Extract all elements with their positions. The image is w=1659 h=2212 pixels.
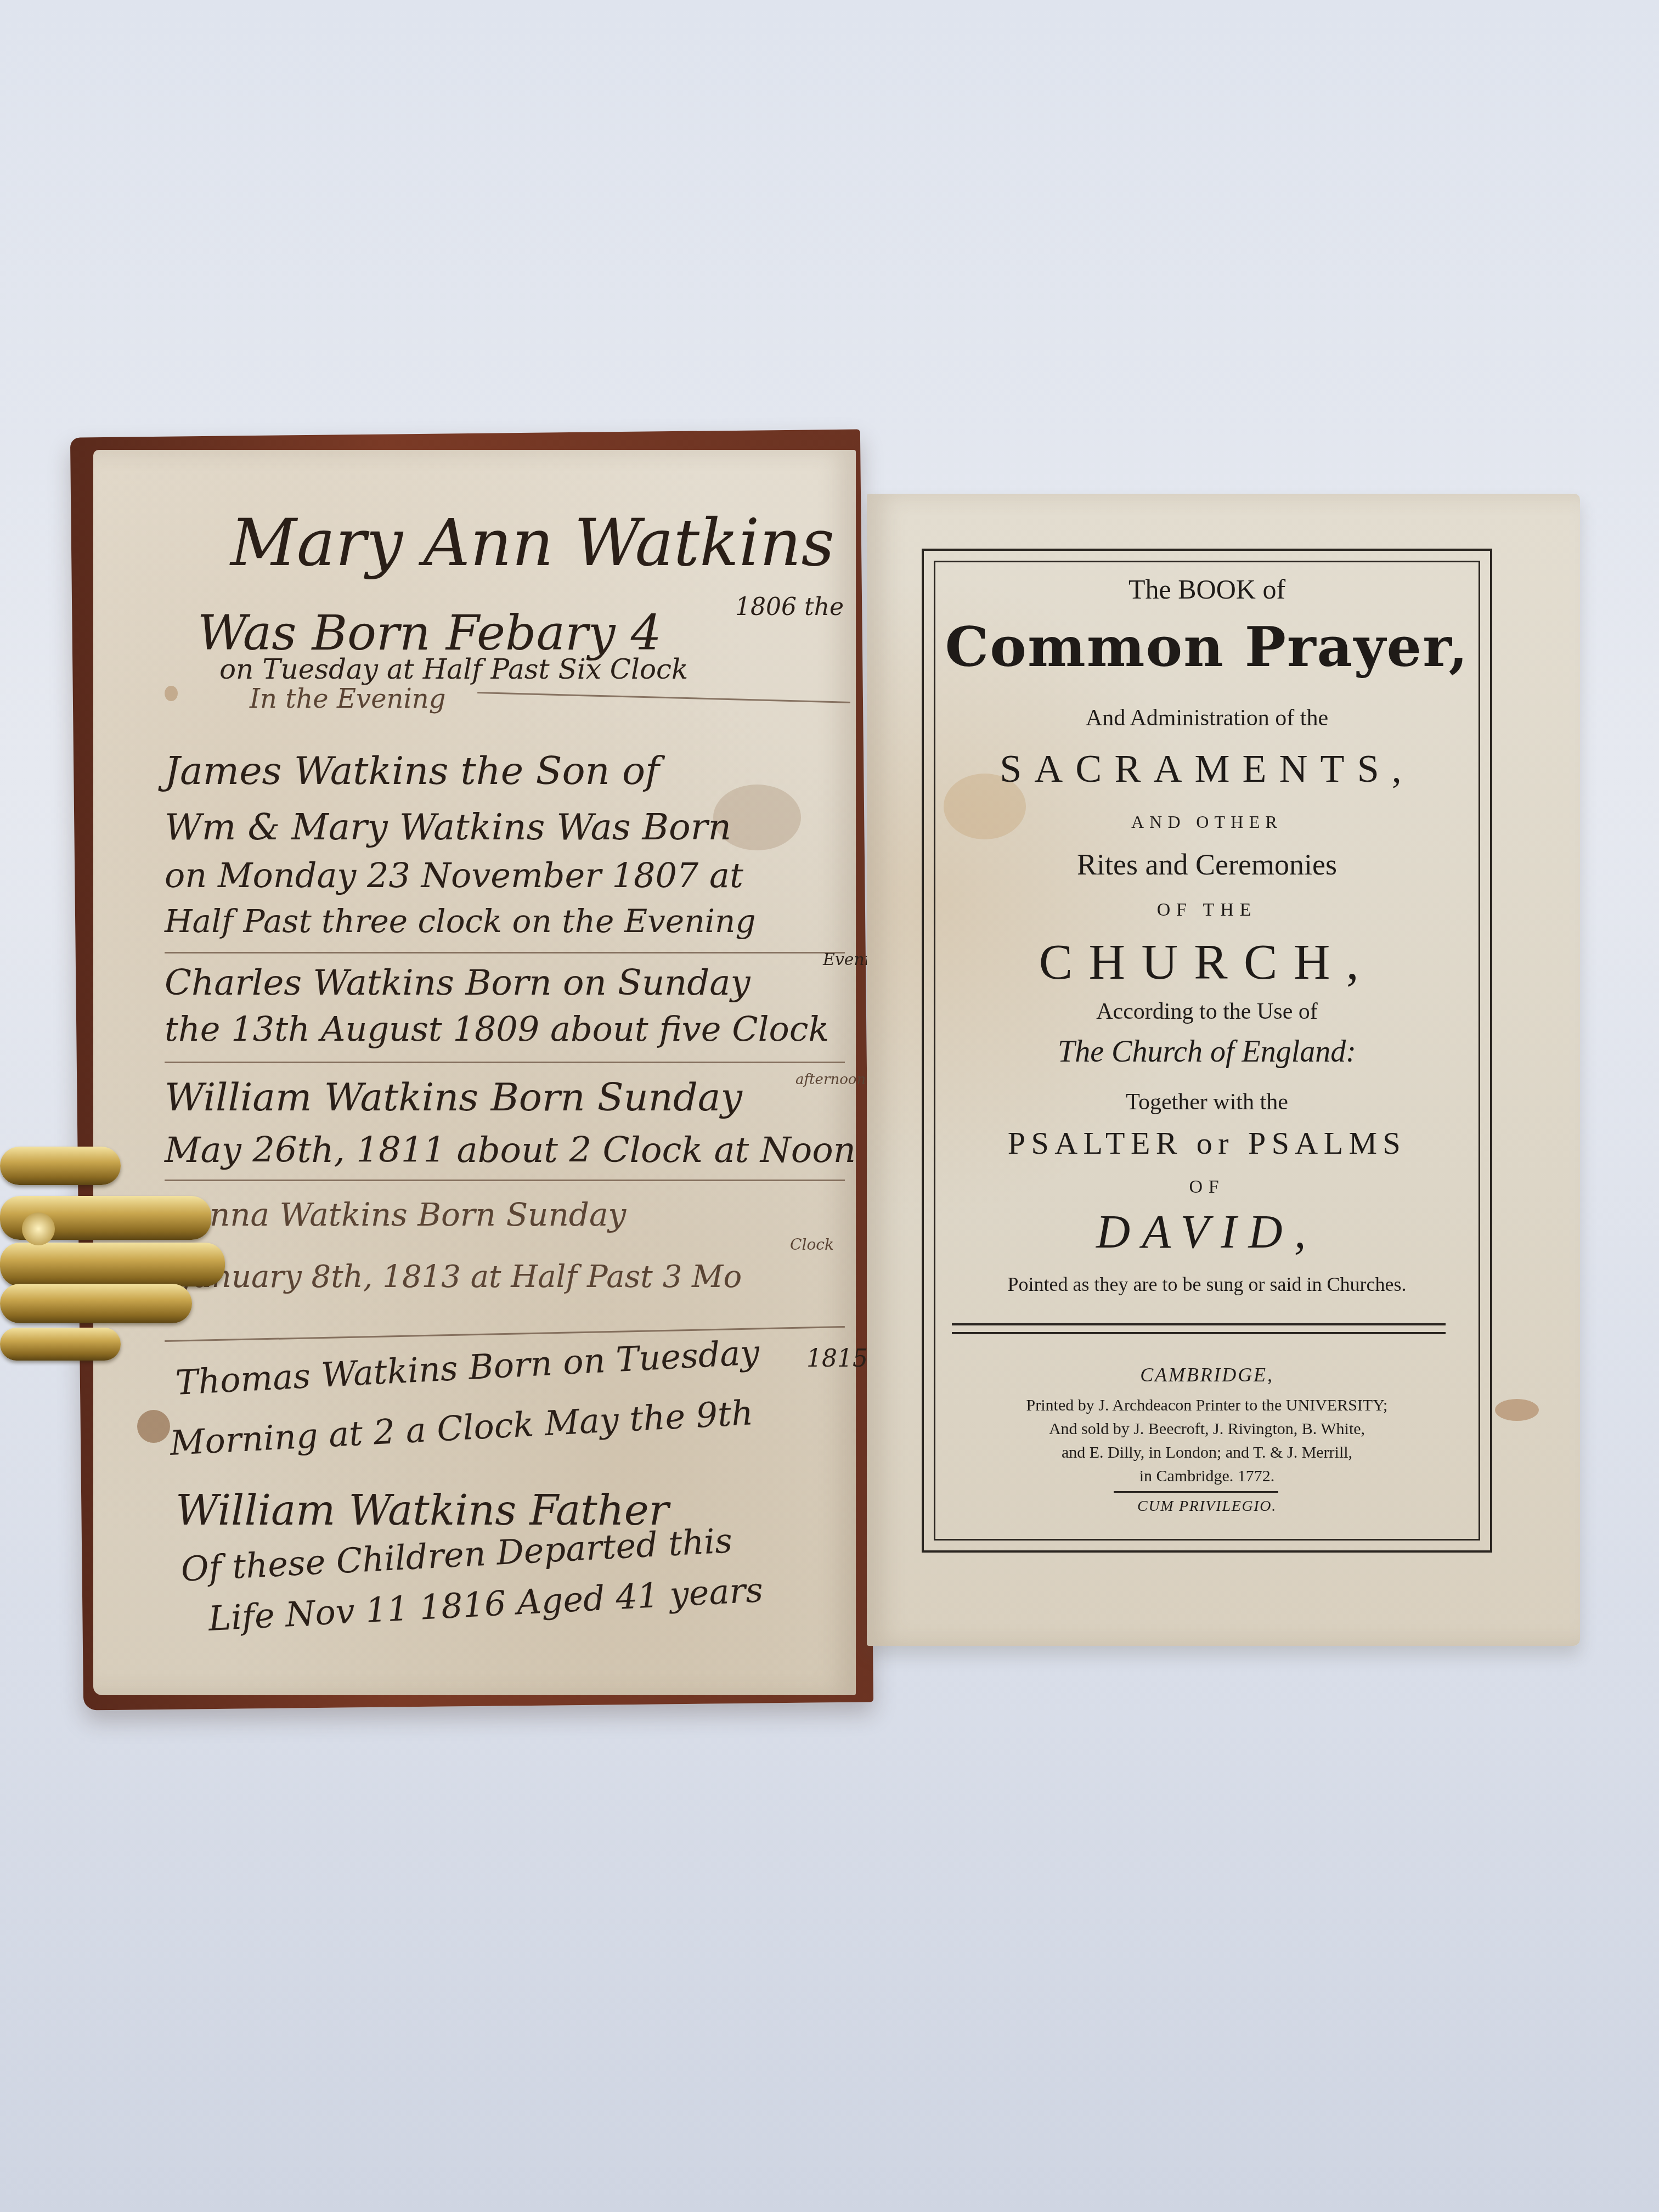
open-book: Mary Ann Watkins 1806 the Was Born Febar… (0, 0, 1659, 2212)
imprint-printed-by: Printed by J. Archdeacon Printer to the … (934, 1396, 1480, 1415)
ink-stain (165, 686, 178, 701)
entry-anna-date: January 8th, 1813 at Half Past 3 Mo (181, 1262, 861, 1293)
title-sacraments: SACRAMENTS, (934, 746, 1480, 792)
clip-finger (0, 1284, 192, 1323)
divider-rule (165, 952, 845, 953)
foxing-stain (1495, 1399, 1539, 1421)
clip-ring-ornament (22, 1212, 55, 1245)
clip-finger (0, 1147, 121, 1185)
entry-mary-ann-time: on Tuesday at Half Past Six Clock (219, 656, 900, 683)
title-psalter-psalms: PSALTER or PSALMS (934, 1125, 1480, 1161)
worm-hole (137, 1410, 170, 1443)
entry-james-time: Half Past three clock on the Evening (165, 905, 845, 937)
title-church-of-england: The Church of England: (934, 1034, 1480, 1069)
title-administration: And Administration of the (934, 705, 1480, 731)
entry-william-afternoon: afternoon (795, 1073, 850, 1087)
title-common-prayer: Common Prayer, (934, 614, 1480, 679)
clip-finger (0, 1243, 225, 1286)
imprint-cum-privilegio: CUM PRIVILEGIO. (934, 1498, 1480, 1515)
divider-rule (165, 1180, 845, 1181)
brass-hand-clip (0, 1108, 230, 1372)
entry-mary-ann-name: Mary Ann Watkins (230, 510, 911, 575)
title-rites-ceremonies: Rites and Ceremonies (934, 848, 1480, 882)
entry-anna-name: Anna Watkins Born Sunday (187, 1199, 867, 1231)
title-david: DAVID, (934, 1204, 1480, 1259)
entry-james-date: on Monday 23 November 1807 at (165, 859, 845, 893)
imprint-sold-by: And sold by J. Beecroft, J. Rivington, B… (934, 1420, 1480, 1438)
title-of-the: OF THE (934, 900, 1480, 921)
imprint-year: in Cambridge. 1772. (934, 1467, 1480, 1486)
clip-finger (0, 1328, 121, 1361)
entry-william-name: William Watkins Born Sunday (165, 1078, 845, 1116)
divider-rule (165, 1062, 845, 1063)
entry-charles-date: the 13th August 1809 about five Clock (165, 1012, 845, 1046)
entry-james-parents: Wm & Mary Watkins Was Born (165, 809, 845, 845)
entry-mary-ann-born: Was Born Febary 4 (198, 609, 878, 657)
title-according-to: According to the Use of (934, 998, 1480, 1025)
entry-charles-name: Charles Watkins Born on Sunday (165, 966, 845, 1001)
title-together-with: Together with the (934, 1089, 1480, 1115)
entry-charles-evening: Evening (823, 952, 856, 968)
imprint-rule (1114, 1491, 1278, 1493)
imprint-london: and E. Dilly, in London; and T. & J. Mer… (934, 1443, 1480, 1462)
entry-james-name: James Watkins the Son of (165, 752, 845, 790)
title-and-other: AND OTHER (934, 812, 1480, 832)
entry-william-date: May 26th, 1811 about 2 Clock at Noon (165, 1133, 845, 1168)
entry-anna-clock: Clock (790, 1237, 845, 1252)
entry-mary-ann-evening: In the Evening (250, 686, 930, 712)
title-church: CHURCH, (934, 933, 1480, 991)
title-of: OF (934, 1177, 1480, 1198)
entry-thomas-year: 1815 (806, 1347, 850, 1371)
double-rule-top (952, 1323, 1446, 1325)
imprint-city: CAMBRIDGE, (934, 1363, 1480, 1386)
title-pointed-as: Pointed as they are to be sung or said i… (934, 1273, 1480, 1296)
double-rule-bottom (952, 1332, 1446, 1334)
title-the-book-of: The BOOK of (934, 573, 1480, 605)
